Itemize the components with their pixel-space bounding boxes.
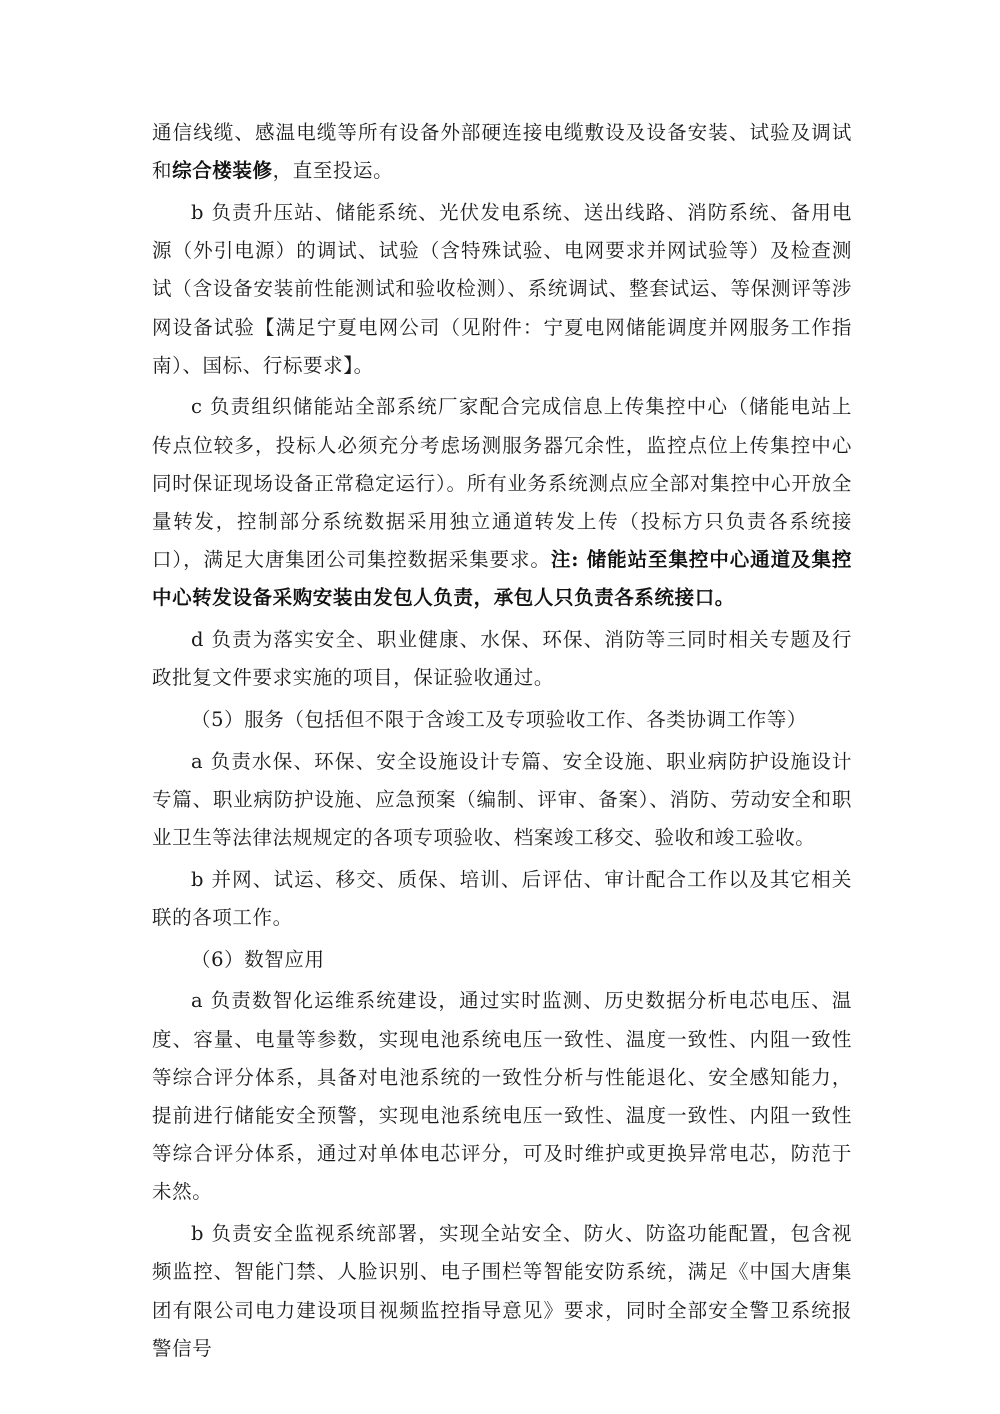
bold-text-segment: 综合楼装修 bbox=[172, 159, 273, 182]
document-page: 通信线缆、感温电缆等所有设备外部硬连接电缆敷设及设备安装、试验及调试和综合楼装修… bbox=[152, 114, 852, 1372]
text-segment: d 负责为落实安全、职业健康、水保、环保、消防等三同时相关专题及行政批复文件要求… bbox=[152, 628, 852, 689]
paragraph-6a-digital-om: a 负责数智化运维系统建设，通过实时监测、历史数据分析电芯电压、温度、容量、电量… bbox=[152, 982, 852, 1211]
text-segment: （6）数智应用 bbox=[191, 948, 325, 971]
paragraph-5a-acceptance: a 负责水保、环保、安全设施设计专篇、安全设施、职业病防护设施设计专篇、职业病防… bbox=[152, 743, 852, 858]
text-segment: b 负责安全监视系统部署，实现全站安全、防火、防盗功能配置，包含视频监控、智能门… bbox=[152, 1222, 852, 1360]
paragraph-6b-security-monitoring: b 负责安全监视系统部署，实现全站安全、防火、防盗功能配置，包含视频监控、智能门… bbox=[152, 1215, 852, 1368]
paragraph-d-safety-projects: d 负责为落实安全、职业健康、水保、环保、消防等三同时相关专题及行政批复文件要求… bbox=[152, 621, 852, 697]
text-segment: b 并网、试运、移交、质保、培训、后评估、审计配合工作以及其它相关联的各项工作。 bbox=[152, 868, 852, 929]
text-segment: a 负责数智化运维系统建设，通过实时监测、历史数据分析电芯电压、温度、容量、电量… bbox=[152, 989, 852, 1203]
paragraph-b-testing: b 负责升压站、储能系统、光伏发电系统、送出线路、消防系统、备用电源（外引电源）… bbox=[152, 194, 852, 385]
paragraph-continued-cable-installation: 通信线缆、感温电缆等所有设备外部硬连接电缆敷设及设备安装、试验及调试和综合楼装修… bbox=[152, 114, 852, 190]
text-segment: （5）服务（包括但不限于含竣工及专项验收工作、各类协调工作等） bbox=[191, 708, 807, 731]
text-segment: a 负责水保、环保、安全设施设计专篇、安全设施、职业病防护设施设计专篇、职业病防… bbox=[152, 750, 852, 849]
section-heading-5-service: （5）服务（包括但不限于含竣工及专项验收工作、各类协调工作等） bbox=[152, 701, 852, 739]
section-heading-6-digital-application: （6）数智应用 bbox=[152, 941, 852, 979]
text-segment: b 负责升压站、储能系统、光伏发电系统、送出线路、消防系统、备用电源（外引电源）… bbox=[152, 201, 852, 377]
paragraph-5b-grid-connection: b 并网、试运、移交、质保、培训、后评估、审计配合工作以及其它相关联的各项工作。 bbox=[152, 861, 852, 937]
paragraph-c-data-upload: c 负责组织储能站全部系统厂家配合完成信息上传集控中心（储能电站上传点位较多，投… bbox=[152, 388, 852, 617]
text-segment: ，直至投运。 bbox=[273, 159, 394, 182]
text-segment: c 负责组织储能站全部系统厂家配合完成信息上传集控中心（储能电站上传点位较多，投… bbox=[152, 395, 852, 571]
